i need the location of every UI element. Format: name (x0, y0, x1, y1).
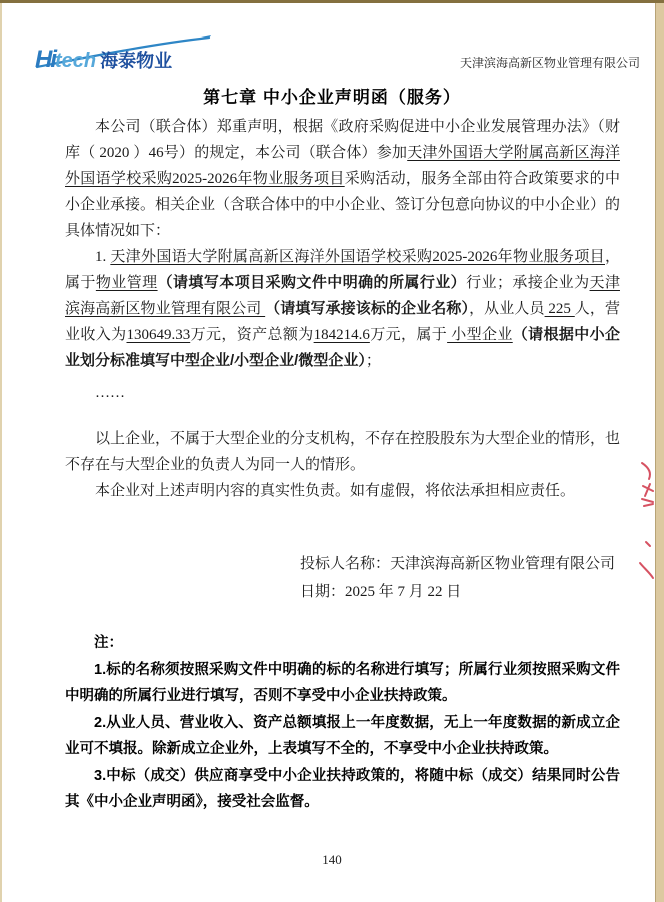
item1-text-6: ； (366, 353, 381, 369)
item1-revenue-value: 130649.33 (127, 327, 191, 343)
item1-assets-value: 184214.6 (314, 327, 370, 343)
logo-tech-text: tech (55, 50, 96, 72)
item1-project-name: 天津外国语大学附属高新区海洋外国语学校采购2025-2026年物业服务项目 (110, 249, 605, 265)
page-title: 第七章 中小企业声明函（服务） (0, 83, 664, 108)
page-number: 140 (0, 852, 664, 868)
logo-text: Hitech海泰物业 (35, 46, 172, 74)
hitech-logo: Hitech海泰物业 (33, 34, 218, 74)
responsibility-paragraph: 本企业对上述声明内容的真实性负责。如有虚假，将依法承担相应责任。 (65, 478, 620, 504)
item1-enterprise-hint: （请填写承接该标的企业名称） (265, 300, 469, 317)
page-top-edge (0, 0, 664, 3)
item1-paragraph: 1. 天津外国语大学附属高新区海洋外国语学校采购2025-2026年物业服务项目… (65, 244, 620, 374)
item1-number: 1. (95, 249, 110, 265)
header-company-name: 天津滨海高新区物业管理有限公司 (460, 54, 640, 74)
note-2: 2.从业人员、营业收入、资产总额填报上一年度数据，无上一年度数据的新成立企业可不… (65, 710, 620, 763)
page-right-edge (655, 0, 664, 902)
page-left-edge (0, 0, 2, 902)
date-line: 日期：2025 年 7 月 22 日 (300, 578, 620, 606)
red-stamp-marks-icon (634, 455, 660, 587)
notes-section: 注： 1.标的名称须按照采购文件中明确的标的名称进行填写；所属行业须按照采购文件… (65, 630, 620, 816)
note-1: 1.标的名称须按照采购文件中明确的标的名称进行填写；所属行业须按照采购文件中明确… (65, 657, 620, 710)
declaration-intro-paragraph: 本公司（联合体）郑重声明，根据《政府采购促进中小企业发展管理办法》（财库（ 20… (65, 114, 620, 244)
ellipsis-line: …… (65, 380, 620, 406)
item1-text-2: ，从业人员 (469, 301, 545, 317)
notes-label: 注： (65, 630, 620, 657)
logo-cn-text: 海泰物业 (100, 51, 172, 71)
item1-employees-value: 225 (545, 301, 575, 317)
item1-text-5: 万元，属于 (370, 327, 447, 343)
bidder-name-line: 投标人名称：天津滨海高新区物业管理有限公司 (300, 550, 620, 578)
document-body: 本公司（联合体）郑重声明，根据《政府采购促进中小企业发展管理办法》（财库（ 20… (0, 114, 664, 816)
note-3: 3.中标（成交）供应商享受中小企业扶持政策的，将随中标（成交）结果同时公告其《中… (65, 763, 620, 816)
no-large-enterprise-paragraph: 以上企业，不属于大型企业的分支机构，不存在控股股东为大型企业的情形，也不存在与大… (65, 426, 620, 478)
item1-industry-hint: （请填写本项目采购文件中明确的所属行业） (158, 274, 467, 291)
item1-industry: 物业管理 (96, 275, 158, 291)
signature-block: 投标人名称：天津滨海高新区物业管理有限公司 日期：2025 年 7 月 22 日 (65, 550, 620, 606)
item1-text-4: 万元，资产总额为 (190, 327, 313, 343)
item1-size-value: 小型企业 (447, 327, 513, 343)
document-header: Hitech海泰物业 天津滨海高新区物业管理有限公司 (0, 34, 664, 74)
logo-hi-text: Hi (35, 46, 55, 73)
item1-text-1: 行业；承接企业为 (466, 275, 589, 291)
